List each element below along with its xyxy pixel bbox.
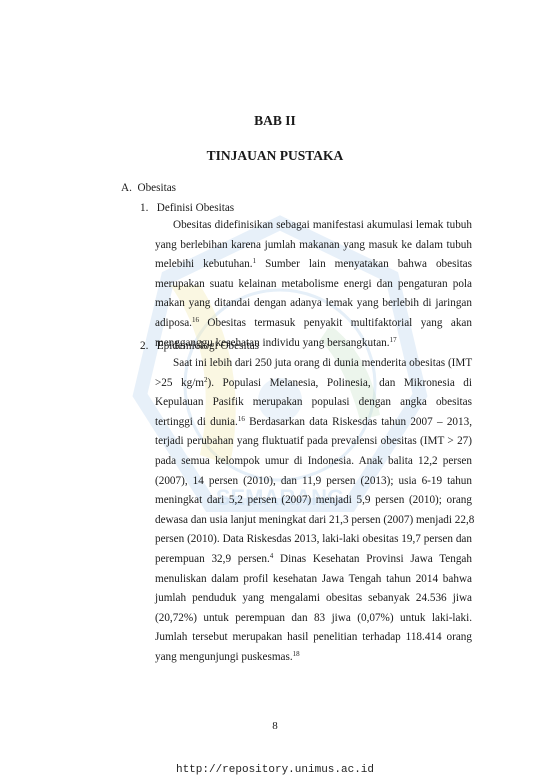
citation-superscript: 18 [293, 650, 300, 658]
subsection-label: 1. [140, 202, 148, 214]
text-line: Obesitas didefinisikan sebagai manifesta… [155, 216, 472, 236]
text-line: adiposa.16 Obesitas termasuk penyakit mu… [155, 314, 472, 334]
chapter-title: TINJAUAN PUSTAKA [0, 148, 550, 164]
text-line: terjadi perubahan yang fluktuatif pada p… [155, 432, 472, 452]
text-line: Saat ini lebih dari 250 juta orang di du… [155, 354, 472, 374]
text-line: perempuan 32,9 persen.4 Dinas Kesehatan … [155, 550, 472, 570]
citation-superscript: 16 [238, 415, 245, 423]
text-line: yang berlebihan karena jumlah makanan ya… [155, 236, 472, 256]
text-line: menuliskan dalam profil kesehatan Jawa T… [155, 570, 472, 590]
paragraph-epidemiologi: Saat ini lebih dari 250 juta orang di du… [155, 354, 472, 668]
text-line: >25 kg/m2). Populasi Melanesia, Polinesi… [155, 374, 472, 394]
text-line: makan yang ditandai dengan adanya lemak … [155, 294, 472, 314]
text-line: dewasa dan usia lanjut meningkat dari 21… [155, 511, 472, 531]
subsection-title: Epidemiologi Obesitas [157, 340, 259, 352]
repository-url[interactable]: http://repository.unimus.ac.id [0, 764, 550, 776]
paragraph-definisi: Obesitas didefinisikan sebagai manifesta… [155, 216, 472, 353]
section-title: Obesitas [137, 182, 176, 194]
text-line: Kepulauan Pasifik merupakan populasi den… [155, 393, 472, 413]
subsection-label: 2. [140, 340, 148, 352]
text-line: tertinggi di dunia.16 Berdasarkan data R… [155, 413, 472, 433]
page-number: 8 [0, 720, 550, 732]
text-line: jumlah penduduk yang mengalami obesitas … [155, 589, 472, 609]
subsection-title: Definisi Obesitas [157, 202, 234, 214]
chapter-number: BAB II [0, 113, 550, 129]
text-line: (2007), 14 persen (2010), dan 11,9 perse… [155, 472, 472, 492]
text-line: merupakan suatu kelainan metabolisme ene… [155, 275, 472, 295]
subsection-heading-2: 2. Epidemiologi Obesitas [140, 340, 259, 352]
citation-superscript: 16 [192, 316, 199, 324]
subsection-heading-1: 1. Definisi Obesitas [140, 202, 234, 214]
text-line: (20,72%) untuk perempuan dan 83 jiwa (0,… [155, 609, 472, 629]
text-line: melebihi kebutuhan.1 Sumber lain menyata… [155, 255, 472, 275]
text-line: Jumlah tersebut merupakan hasil peneliti… [155, 628, 472, 648]
text-line: meningkat dari 5,2 persen (2007) menjadi… [155, 491, 472, 511]
text-line: pada semua kelompok umur di Indonesia. A… [155, 452, 472, 472]
text-line: persen (2010). Data Riskesdas 2013, laki… [155, 530, 472, 550]
citation-superscript: 4 [270, 552, 274, 560]
citation-superscript: 1 [253, 257, 257, 265]
section-heading-a: A. Obesitas [121, 182, 176, 194]
citation-superscript: 17 [390, 336, 397, 344]
citation-superscript: 2 [204, 376, 208, 384]
text-line: yang mengunjungi puskesmas.18 [155, 648, 472, 668]
section-label: A. [121, 182, 132, 194]
